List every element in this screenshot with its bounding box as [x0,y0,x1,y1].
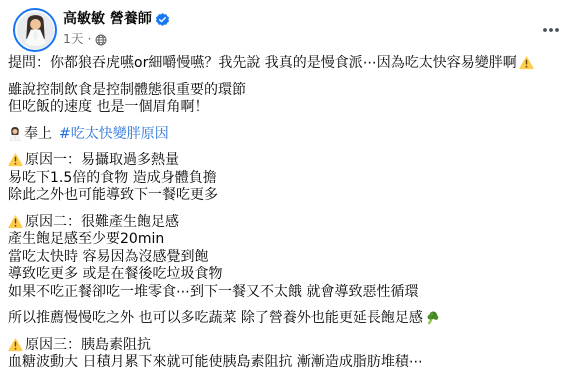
header-info: 高敏敏 營養師 1天 · [63,8,567,47]
warning-emoji-icon [8,337,23,352]
timestamp[interactable]: 1天 [63,31,83,47]
hashtag-lead-text: 奉上 [24,126,52,142]
hashtag-link[interactable]: #吃太快變胖原因 [59,126,169,142]
premise-line-1: 雖說控制飲食是控制體態很重要的環節 [8,82,575,100]
post-meta-row: 1天 · [63,31,567,47]
advice-paragraph: 所以推薦慢慢吃之外 也可以多吃蔬菜 除了營養外也能更延長飽足感 [8,310,575,328]
reason3-title: 原因三：胰島素阻抗 [25,337,151,353]
reason3-line-1: 血糖波動大 日積月累下來就可能使胰島素阻抗 漸漸造成脂肪堆積⋯ [8,354,575,372]
reason2-line-3: 導致吃更多 或是在餐後吃垃圾食物 [8,266,575,284]
avatar[interactable] [13,8,57,52]
reason2-title-line: 原因二：很難產生飽足感 [8,214,575,232]
warning-emoji-icon [519,55,534,70]
more-options-button[interactable] [535,18,567,42]
hashtag-paragraph: 奉上#吃太快變胖原因 [8,126,575,144]
post-body: 提問：你都狼吞虎嚥or細嚼慢嚥？我先說 我真的是慢食派⋯因為吃太快容易變胖啊 雖… [0,46,583,372]
warning-emoji-icon [8,152,23,167]
reason1-line-2: 除此之外也可能導致下一餐吃更多 [8,187,575,205]
reason2-line-2: 當吃太快時 容易因為沒感覺到飽 [8,249,575,267]
reason2-title: 原因二：很難產生飽足感 [25,214,179,230]
reason1-line-1: 易吃下1.5倍的食物 造成身體負擔 [8,170,575,188]
reason2-line-4: 如果不吃正餐卻吃一堆零食⋯到下一餐又不太餓 就會導致惡性循環 [8,284,575,302]
reason3-paragraph: 原因三：胰島素阻抗 血糖波動大 日積月累下來就可能使胰島素阻抗 漸漸造成脂肪堆積… [8,337,575,372]
advice-text: 所以推薦慢慢吃之外 也可以多吃蔬菜 除了營養外也能更延長飽足感 [8,310,423,326]
reason3-title-line: 原因三：胰島素阻抗 [8,337,575,355]
reason2-line-1: 產生飽足感至少要20min [8,231,575,249]
globe-icon [95,34,107,46]
woman-health-worker-emoji-icon [8,126,22,141]
facebook-post-card: 高敏敏 營養師 1天 · [0,0,583,380]
verified-badge-icon [156,13,169,26]
author-name[interactable]: 高敏敏 營養師 [63,10,152,29]
reason1-title-line: 原因一：易攝取過多熱量 [8,152,575,170]
broccoli-emoji-icon [425,310,440,325]
premise-line-2: 但吃飯的速度 也是一個眉角啊！ [8,99,575,117]
reason2-paragraph: 原因二：很難產生飽足感 產生飽足感至少要20min 當吃太快時 容易因為沒感覺到… [8,214,575,302]
intro-text: 提問：你都狼吞虎嚥or細嚼慢嚥？我先說 我真的是慢食派⋯因為吃太快容易變胖啊 [8,55,517,71]
post-header: 高敏敏 營養師 1天 · [0,0,583,46]
warning-emoji-icon [8,214,23,229]
premise-paragraph: 雖說控制飲食是控制體態很重要的環節 但吃飯的速度 也是一個眉角啊！ [8,82,575,117]
reason1-title: 原因一：易攝取過多熱量 [25,152,179,168]
reason1-paragraph: 原因一：易攝取過多熱量 易吃下1.5倍的食物 造成身體負擔 除此之外也可能導致下… [8,152,575,205]
meta-separator: · [87,31,91,47]
author-row: 高敏敏 營養師 [63,9,567,29]
avatar-photo [17,12,54,49]
intro-paragraph: 提問：你都狼吞虎嚥or細嚼慢嚥？我先說 我真的是慢食派⋯因為吃太快容易變胖啊 [8,55,575,73]
